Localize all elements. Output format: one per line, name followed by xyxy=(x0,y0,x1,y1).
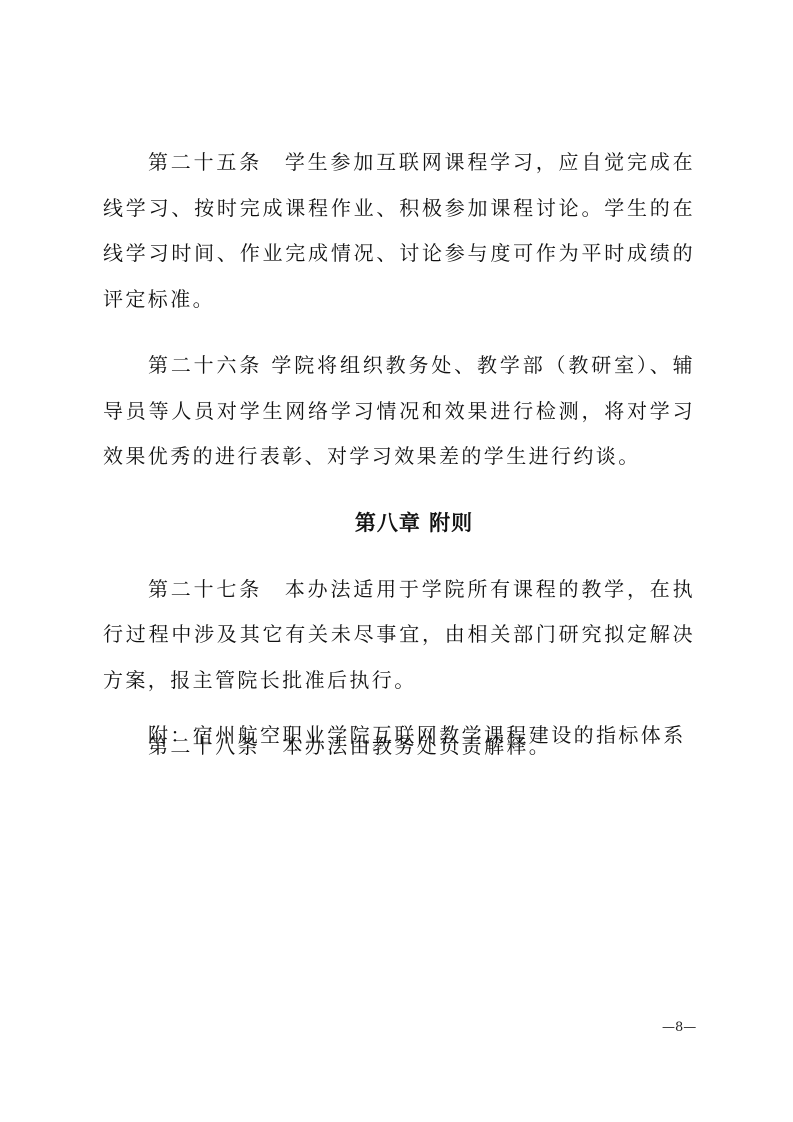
page-number: —8— xyxy=(662,1018,696,1038)
chapter-heading: 第八章 附则 xyxy=(103,501,695,546)
article-25-paragraph: 第二十五条 学生参加互联网课程学习，应自觉完成在线学习、按时完成课程作业、积极参… xyxy=(103,140,695,322)
article-27-paragraph: 第二十七条 本办法适用于学院所有课程的教学，在执行过程中涉及其它有关未尽事宜，由… xyxy=(103,567,695,704)
document-page: 第二十五条 学生参加互联网课程学习，应自觉完成在线学习、按时完成课程作业、积极参… xyxy=(0,0,793,1122)
article-26-paragraph: 第二十六条 学院将组织教务处、教学部（教研室）、辅导员等人员对学生网络学习情况和… xyxy=(103,343,695,480)
appendix-note: 附：宿州航空职业学院互联网教学课程建设的指标体系 xyxy=(103,713,695,758)
document-body: 第二十五条 学生参加互联网课程学习，应自觉完成在线学习、按时完成课程作业、积极参… xyxy=(103,140,695,791)
